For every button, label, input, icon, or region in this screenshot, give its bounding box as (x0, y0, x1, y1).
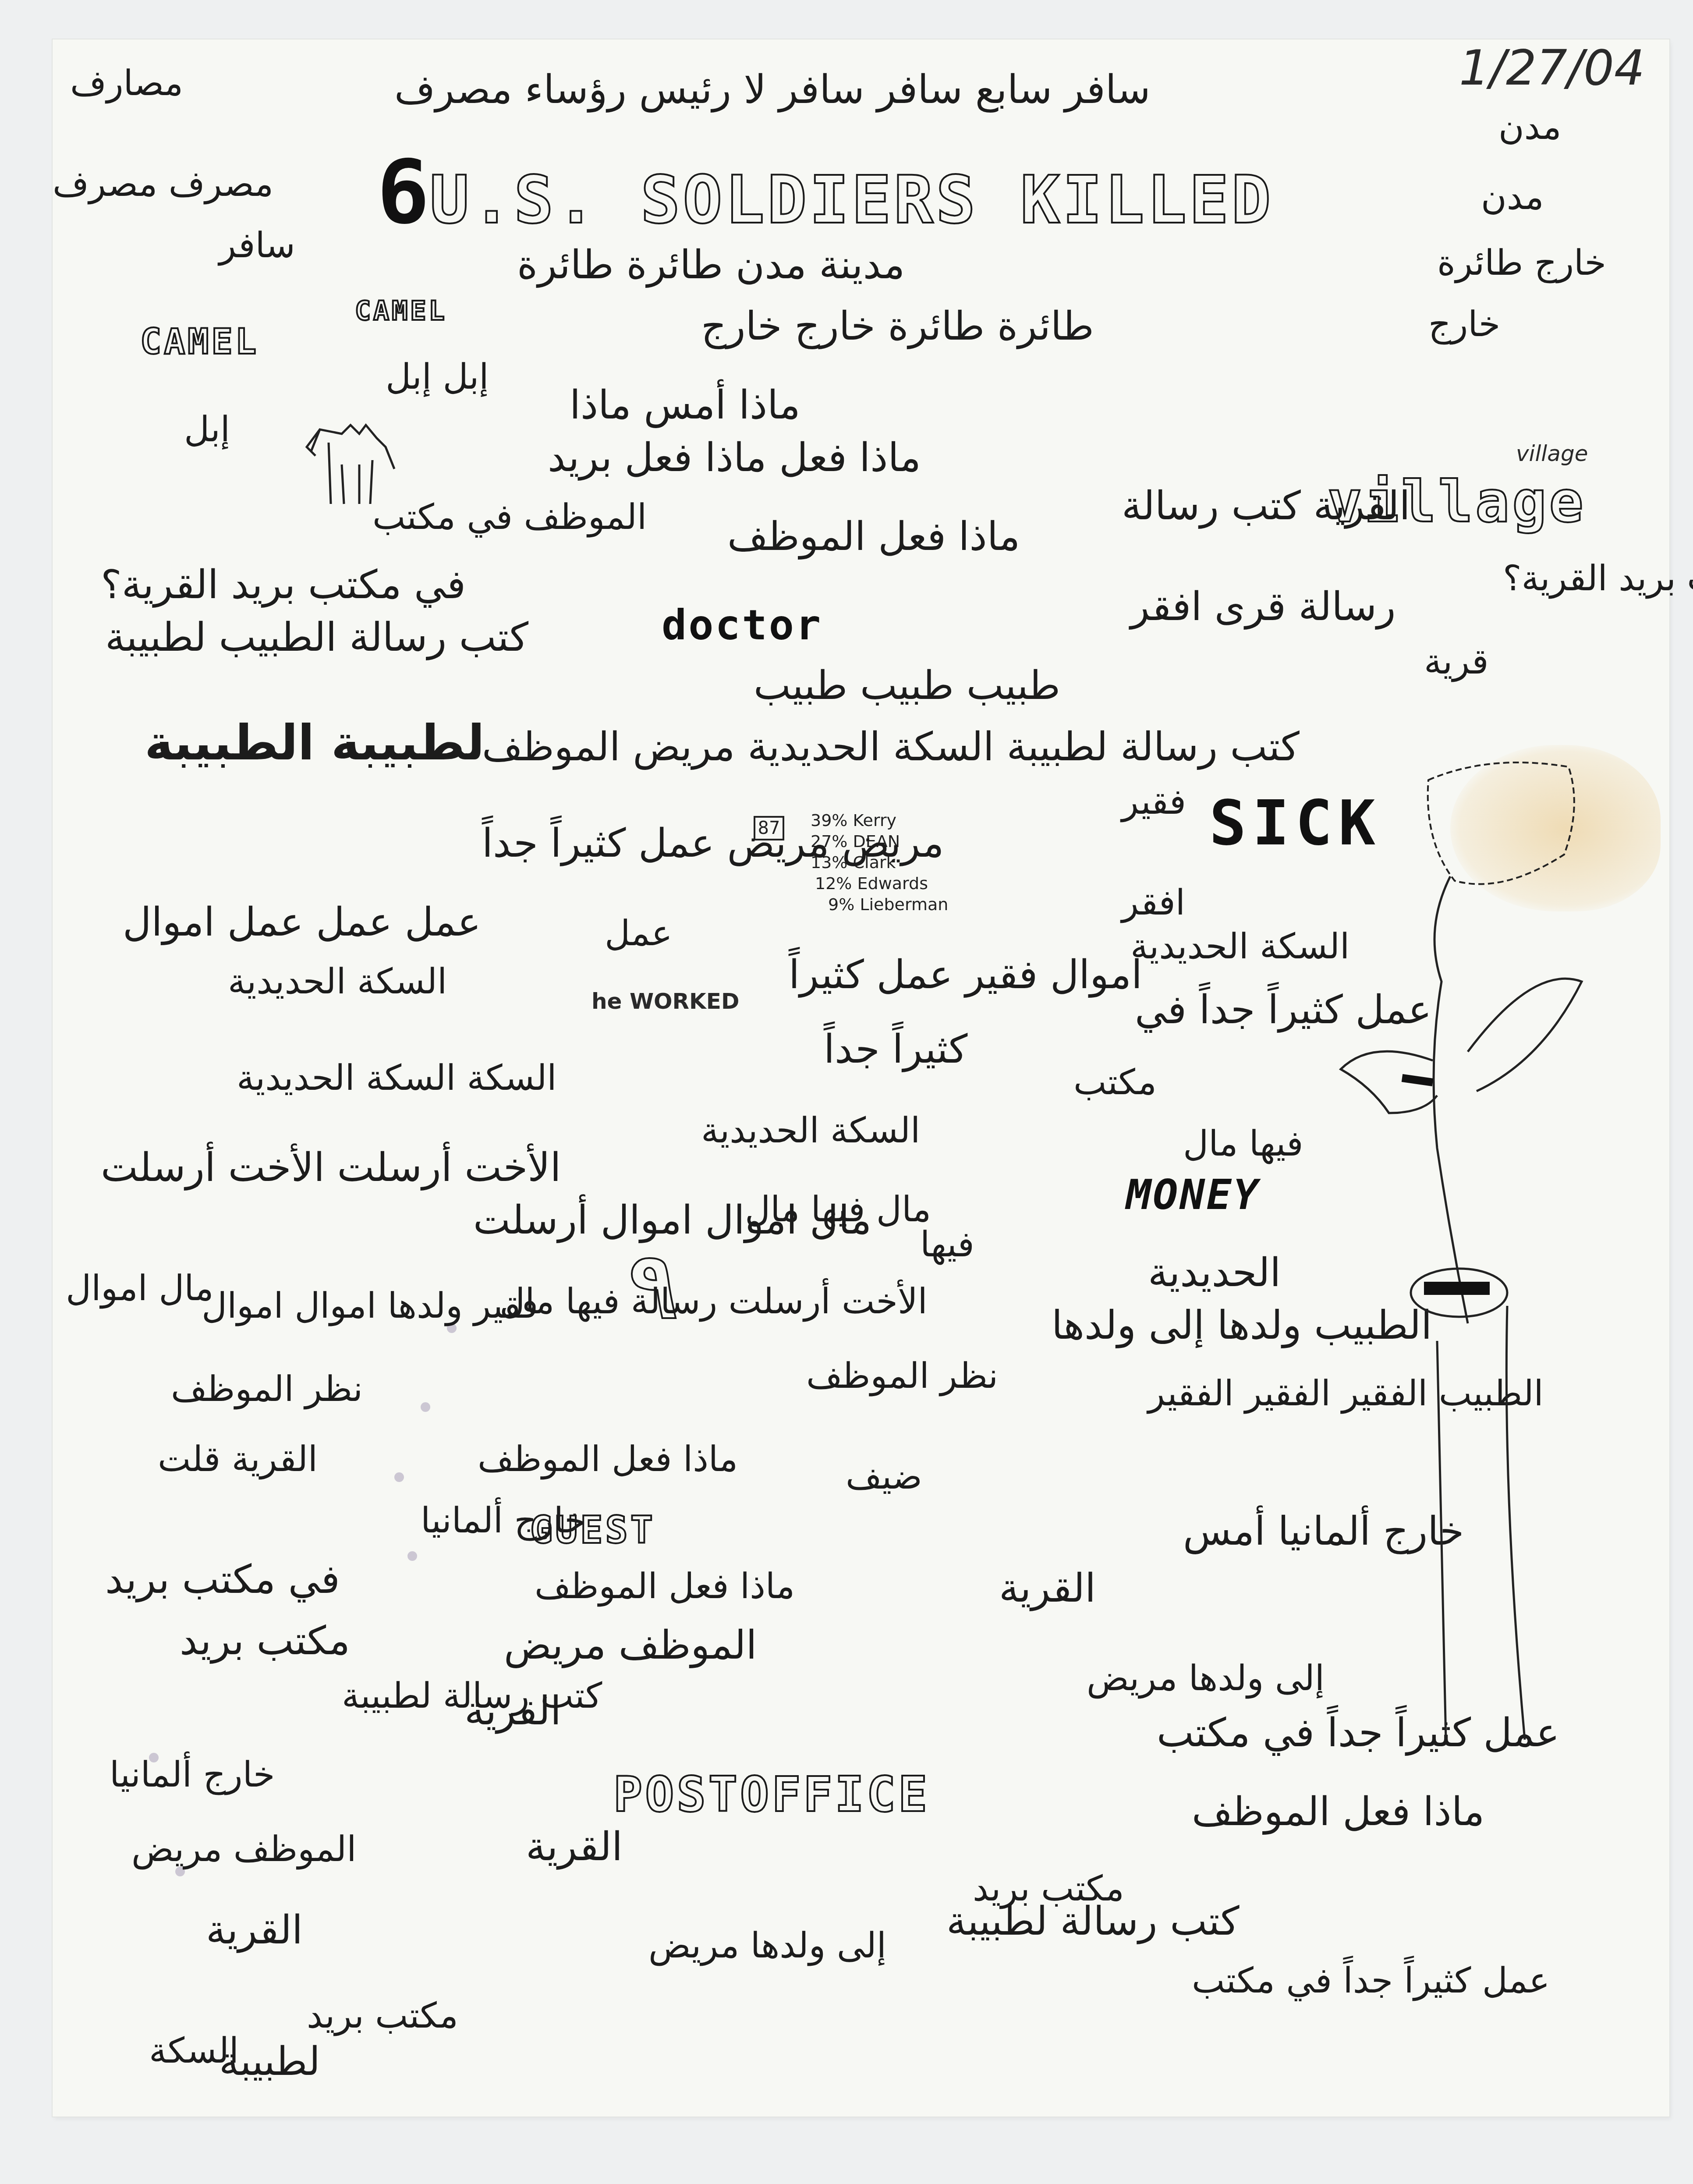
arabic-line: الموظف مريض (504, 1626, 757, 1665)
arabic-line: مريض مريض عمل كثيراً جداً (482, 824, 944, 863)
english-word-village-small: village (1516, 443, 1588, 464)
arabic-line: في مكتب بريد القرية؟ (1503, 561, 1693, 596)
ink-dot (421, 1402, 430, 1412)
english-word-post-office: POSTOFFICE (613, 1770, 930, 1819)
arabic-line: اموال فقير عمل كثيراً (789, 955, 1142, 995)
ink-dot (407, 1551, 417, 1561)
arabic-line: القرية (464, 1691, 561, 1731)
english-word-camel: CAMEL (140, 324, 259, 359)
arabic-line: عمل (605, 916, 673, 951)
arabic-line: القرية كتب رسالة (1122, 486, 1410, 526)
arabic-line: القرية قلت (158, 1442, 318, 1477)
arabic-line: إبل إبل (386, 359, 489, 394)
arabic-line: مدن (1481, 180, 1544, 215)
plant-drawing-icon (1336, 754, 1643, 1753)
arabic-line: مصارف (70, 66, 183, 101)
arabic-line: كثيراً جداً (824, 1030, 967, 1069)
english-word-money: MONEY (1126, 1174, 1260, 1216)
arabic-line: ماذا فعل الموظف (1192, 1792, 1484, 1832)
poll-row: 9% Lieberman (828, 895, 948, 914)
arabic-line: ضيف (846, 1459, 922, 1494)
arabic-line: عمل عمل عمل اموال (123, 903, 481, 942)
arabic-line: القرية (206, 1911, 303, 1950)
arabic-line: كتب رسالة الطبيب لطبيبة (105, 618, 528, 657)
arabic-line: خارج ألمانيا (421, 1503, 586, 1538)
arabic-line: خارج (1428, 307, 1500, 342)
arabic-line: افقر (1122, 885, 1185, 920)
english-phrase-he-worked: he WORKED (591, 990, 739, 1012)
arabic-line: سافر (219, 228, 295, 263)
arabic-line: إبل (184, 412, 230, 447)
arabic-line: سافر سابع سافر سافر لا رئيس رؤساء مصرف (394, 70, 1151, 110)
english-word-doctor: doctor (662, 605, 822, 646)
arabic-line: في مكتب بريد القرية؟ (101, 565, 466, 605)
arabic-line: عمل كثيراً جداً في مكتب (1192, 1963, 1550, 1998)
arabic-line: رسالة قرى افقر (1130, 587, 1396, 627)
arabic-line: طائرة طائرة خارج خارج (701, 307, 1094, 346)
arabic-line: الموظف مريض (131, 1832, 356, 1867)
arabic-line: مال اموال (66, 1271, 214, 1306)
arabic-line: السكة الحديدية (228, 964, 447, 999)
arabic-line: ماذا أمس ماذا (570, 386, 800, 425)
arabic-line: مال فيها مال (745, 1192, 931, 1227)
english-word-camel: CAMEL (355, 298, 447, 324)
arabic-line: فقير ولدها اموال اموال (202, 1288, 538, 1323)
arabic-line: السكة الحديدية (1130, 929, 1349, 964)
arabic-line: مدينة مدن طائرة طائرة (517, 245, 905, 285)
date-note: 1/27/04 (1459, 44, 1645, 92)
arabic-line: في مكتب بريد (105, 1560, 340, 1599)
arabic-line: الموظف في مكتب (372, 500, 647, 535)
arabic-line: كتب رسالة لطبيبة السكة الحديدية مريض الم… (482, 727, 1300, 767)
arabic-line: ماذا فعل الموظف (478, 1442, 738, 1477)
arabic-line: مدن (1498, 110, 1562, 145)
arabic-line: فيها (920, 1227, 974, 1262)
arabic-line: إلى ولدها مريض (1087, 1661, 1325, 1696)
arabic-line: السكة السكة الحديدية (237, 1060, 557, 1096)
arabic-line: الأخت أرسلت رسالة فيها مال (499, 1284, 928, 1319)
arabic-line: السكة الحديدية (701, 1113, 920, 1148)
arabic-line-bold: لطبيبة الطبيبة (145, 719, 485, 767)
arabic-line: الأخت أرسلت الأخت أرسلت (101, 1148, 561, 1188)
arabic-line: فيها مال (1183, 1126, 1303, 1161)
arabic-line: القرية (526, 1827, 623, 1867)
headline: 6U.S. SOLDIERS KILLED (377, 149, 1274, 237)
arabic-line: مكتب بريد (180, 1621, 350, 1661)
arabic-line: فقير (1122, 784, 1186, 819)
arabic-line: الحديدية (1148, 1253, 1281, 1293)
ink-dot (394, 1472, 404, 1482)
poll-row: 12% Edwards (815, 874, 928, 893)
arabic-line: مصرف مصرف (53, 167, 273, 202)
arabic-line: نظر الموظف (806, 1358, 998, 1393)
arabic-line: مكتب (1073, 1065, 1157, 1100)
arabic-line: القرية (999, 1569, 1096, 1608)
arabic-line: مكتب بريد (307, 1998, 458, 2033)
arabic-line: قرية (1424, 644, 1489, 679)
arabic-line: إلى ولدها مريض (648, 1928, 886, 1963)
headline-text: U.S. SOLDIERS KILLED (429, 162, 1273, 238)
arabic-line: طبيب طبيب طبيب (754, 666, 1060, 706)
arabic-line: خارج طائرة (1437, 245, 1606, 280)
arabic-line: ماذا فعل الموظف (535, 1569, 795, 1604)
arabic-line: ماذا فعل ماذا فعل بريد (548, 438, 921, 478)
arabic-line: خارج ألمانيا (110, 1757, 275, 1792)
headline-number: 6 (377, 142, 429, 244)
arabic-line: ماذا فعل الموظف (727, 517, 1020, 557)
arabic-line: كتب رسالة لطبيبة (946, 1902, 1240, 1941)
arabic-line: لطبيبة (219, 2042, 320, 2081)
arabic-line: نظر الموظف (171, 1372, 363, 1407)
